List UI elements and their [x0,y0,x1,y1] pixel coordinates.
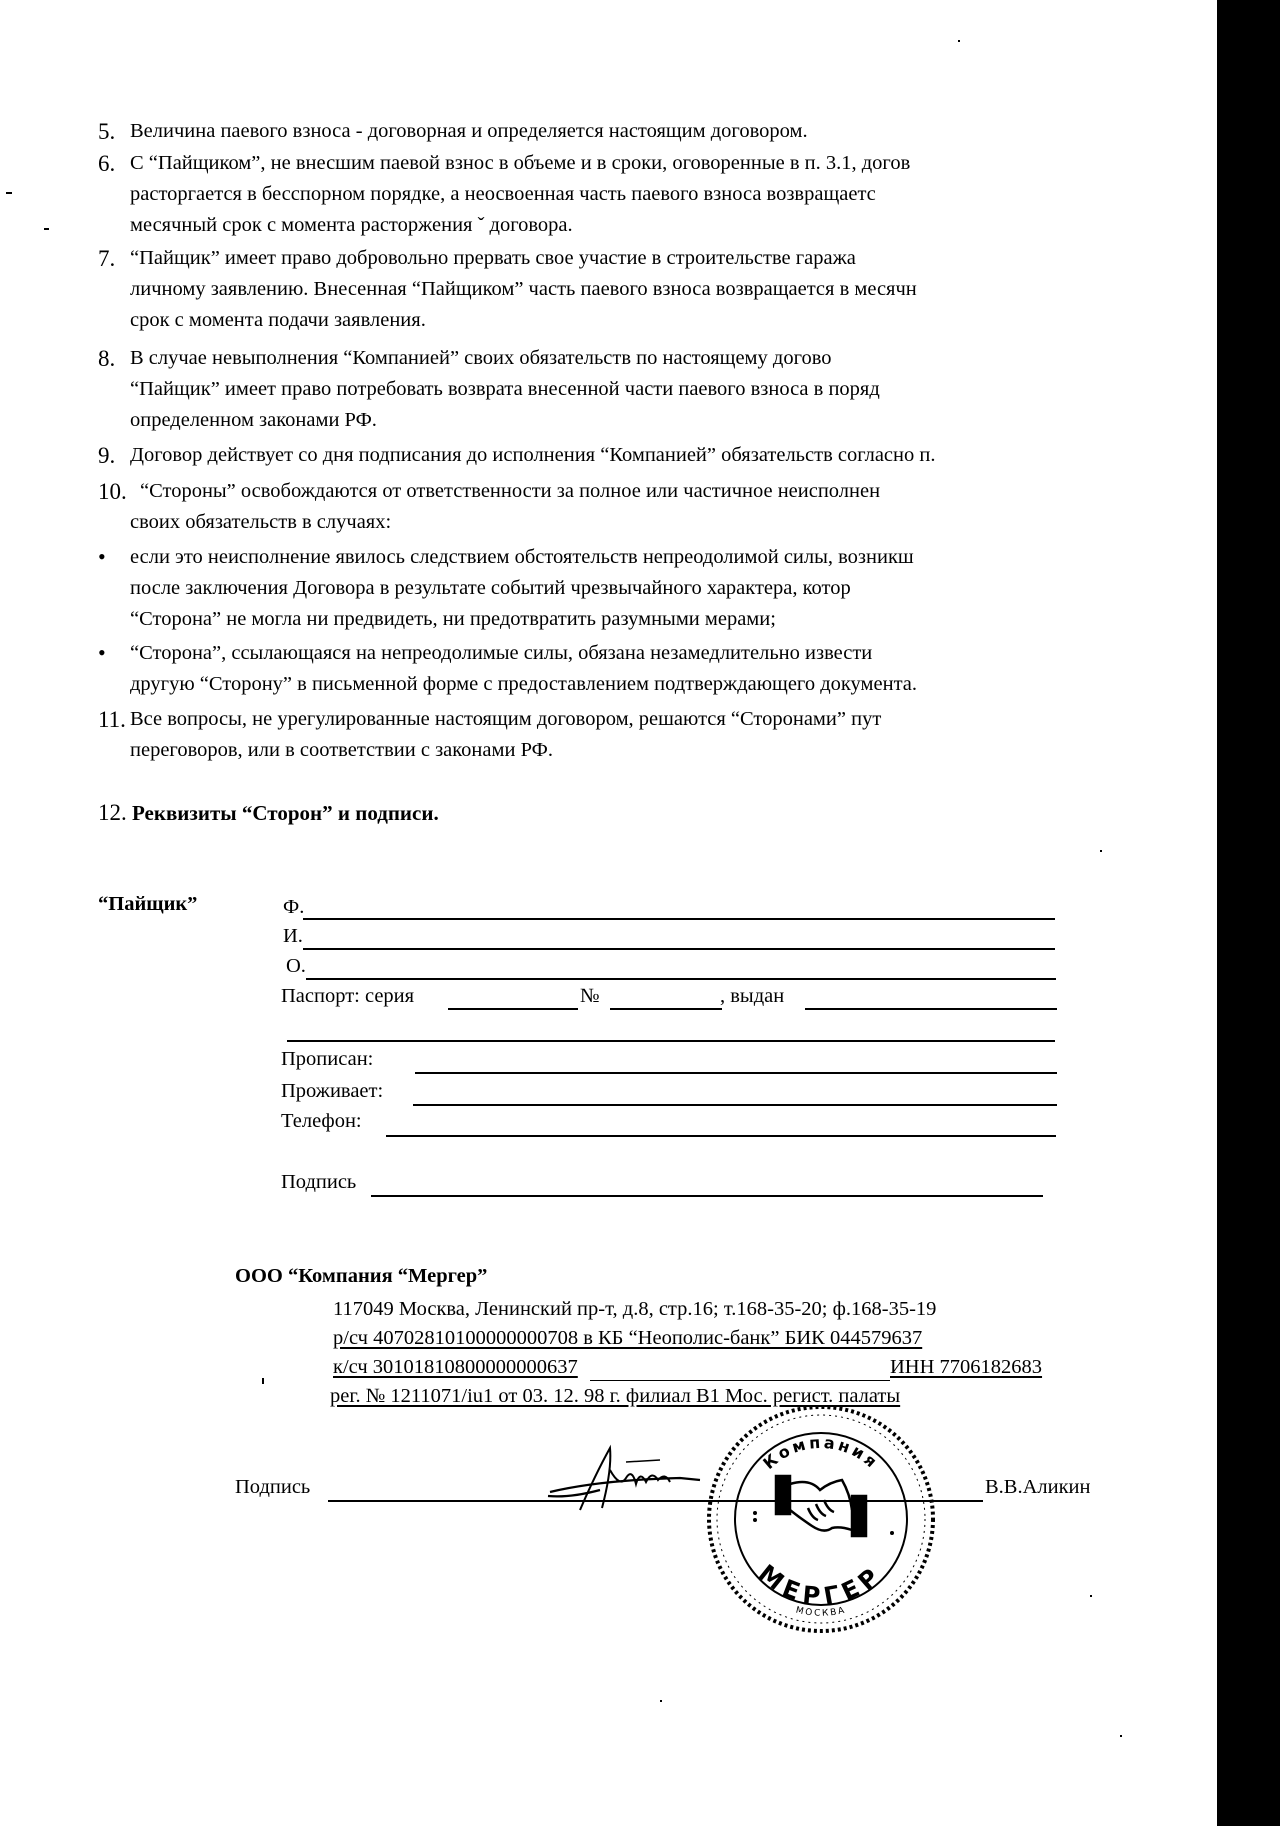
clause-number: 10. [98,476,127,507]
clause-text: личному заявлению. Внесенная “Пайщиком” … [98,274,1217,305]
clause-number: 11. [98,704,126,735]
clause-text: расторгается в бесспорном порядке, а нео… [98,179,1217,210]
residence-address-field[interactable] [413,1104,1057,1106]
clause-text: месячный срок с момента расторжения ˇ до… [98,210,1217,241]
bullet-force-majeure: • если это неисполнение явилось следстви… [98,542,1217,635]
scan-speck [6,192,12,194]
clause-number: 7. [98,243,115,274]
scan-speck [262,1378,264,1384]
passport-issued-label: , выдан [720,985,784,1008]
section-number: 12. [98,800,127,825]
company-address: 117049 Москва, Ленинский пр-т, д.8, стр.… [333,1298,936,1321]
company-signature-label: Подпись [235,1476,310,1499]
passport-series-field[interactable] [448,1008,578,1010]
clause-text: своих обязательств в случаях: [98,507,1217,538]
party-label-shareholder: “Пайщик” [98,893,197,916]
surname-field[interactable] [303,918,1055,920]
clause-text: определенном законами РФ. [98,405,1217,436]
clause-text: “Пайщик” имеет право добровольно прерват… [98,243,1217,274]
patronymic-field[interactable] [306,978,1056,980]
name-field[interactable] [303,948,1055,950]
clause-number: 5. [98,116,115,147]
bullet-icon: • [98,637,106,668]
clause-text: Все вопросы, не урегулированные настоящи… [98,704,1217,735]
passport-number-label: № [580,985,600,1008]
company-stamp-icon: Компания МЕРГЕР МОСКВА [700,1398,942,1640]
document-page: 5. Величина паевого взноса - договорная … [0,0,1217,1826]
clause-text: после заключения Договора в результате с… [98,573,1217,604]
registered-address-field[interactable] [415,1072,1057,1074]
passport-number-field[interactable] [610,1008,722,1010]
scan-speck [958,40,960,42]
clause-8: 8. В случае невыполнения “Компанией” сво… [98,343,1217,436]
clause-text: С “Пайщиком”, не внесшим паевой взнос в … [98,148,1217,179]
registered-label: Прописан: [281,1048,373,1071]
company-bank-account: р/сч 40702810100000000708 в КБ “Неополис… [333,1327,922,1350]
bullet-icon: • [98,541,106,572]
passport-series-label: Паспорт: серия [281,985,414,1008]
surname-label: Ф. [283,896,304,919]
clause-10: 10. “Стороны” освобождаются от ответстве… [98,476,1217,538]
clause-text: В случае невыполнения “Компанией” своих … [98,343,1217,374]
resides-label: Проживает: [281,1080,383,1103]
svg-text:Компания: Компания [759,1433,882,1473]
signatory-name: В.В.Аликин [985,1476,1091,1499]
clause-number: 8. [98,343,115,374]
clause-5: 5. Величина паевого взноса - договорная … [98,116,1217,147]
shareholder-signature-label: Подпись [281,1171,356,1194]
company-inn: ИНН 7706182683 [890,1356,1042,1379]
clause-text: переговоров, или в соответствии с закона… [98,735,1217,766]
clause-text: Величина паевого взноса - договорная и о… [98,116,1217,147]
clause-9: 9. Договор действует со дня подписания д… [98,440,1217,471]
scan-speck [1120,1735,1122,1737]
shareholder-signature-field[interactable] [371,1195,1043,1197]
scan-border [1217,0,1280,1826]
passport-issued-field-continued[interactable] [287,1040,1055,1042]
bullet-notify-party: • “Сторона”, ссылающаяся на непреодолимы… [98,638,1217,700]
company-corr-account: к/сч 30101810800000000637 [333,1356,578,1379]
clause-number: 6. [98,148,115,179]
scan-speck [1100,850,1102,852]
clause-text: “Сторона” не могла ни предвидеть, ни пре… [98,604,1217,635]
company-name: ООО “Компания “Мергер” [235,1265,487,1288]
clause-text: срок с момента подачи заявления. [98,305,1217,336]
section-12-heading: 12. Реквизиты “Сторон” и подписи. [98,800,439,826]
clause-text: другую “Сторону” в письменной форме с пр… [98,669,1217,700]
clause-number: 9. [98,440,115,471]
phone-label: Телефон: [281,1110,362,1133]
clause-11: 11. Все вопросы, не урегулированные наст… [98,704,1217,766]
section-title: Реквизиты “Сторон” и подписи. [132,801,439,825]
clause-text: “Сторона”, ссылающаяся на непреодолимые … [98,638,1217,669]
scan-speck [660,1700,662,1702]
scan-speck [1090,1595,1092,1597]
svg-text:МЕРГЕР: МЕРГЕР [753,1559,889,1611]
clause-text: “Стороны” освобождаются от ответственнос… [98,476,1217,507]
corr-account-underline [590,1380,890,1381]
scan-speck [44,228,49,230]
passport-issued-field[interactable] [805,1008,1057,1010]
phone-field[interactable] [386,1135,1056,1137]
clause-7: 7. “Пайщик” имеет право добровольно прер… [98,243,1217,336]
patronymic-label: О. [286,955,306,978]
clause-6: 6. С “Пайщиком”, не внесшим паевой взнос… [98,148,1217,241]
clause-text: Договор действует со дня подписания до и… [98,440,1217,471]
clause-text: “Пайщик” имеет право потребовать возврат… [98,374,1217,405]
clause-text: если это неисполнение явилось следствием… [98,542,1217,573]
name-label: И. [283,925,303,948]
